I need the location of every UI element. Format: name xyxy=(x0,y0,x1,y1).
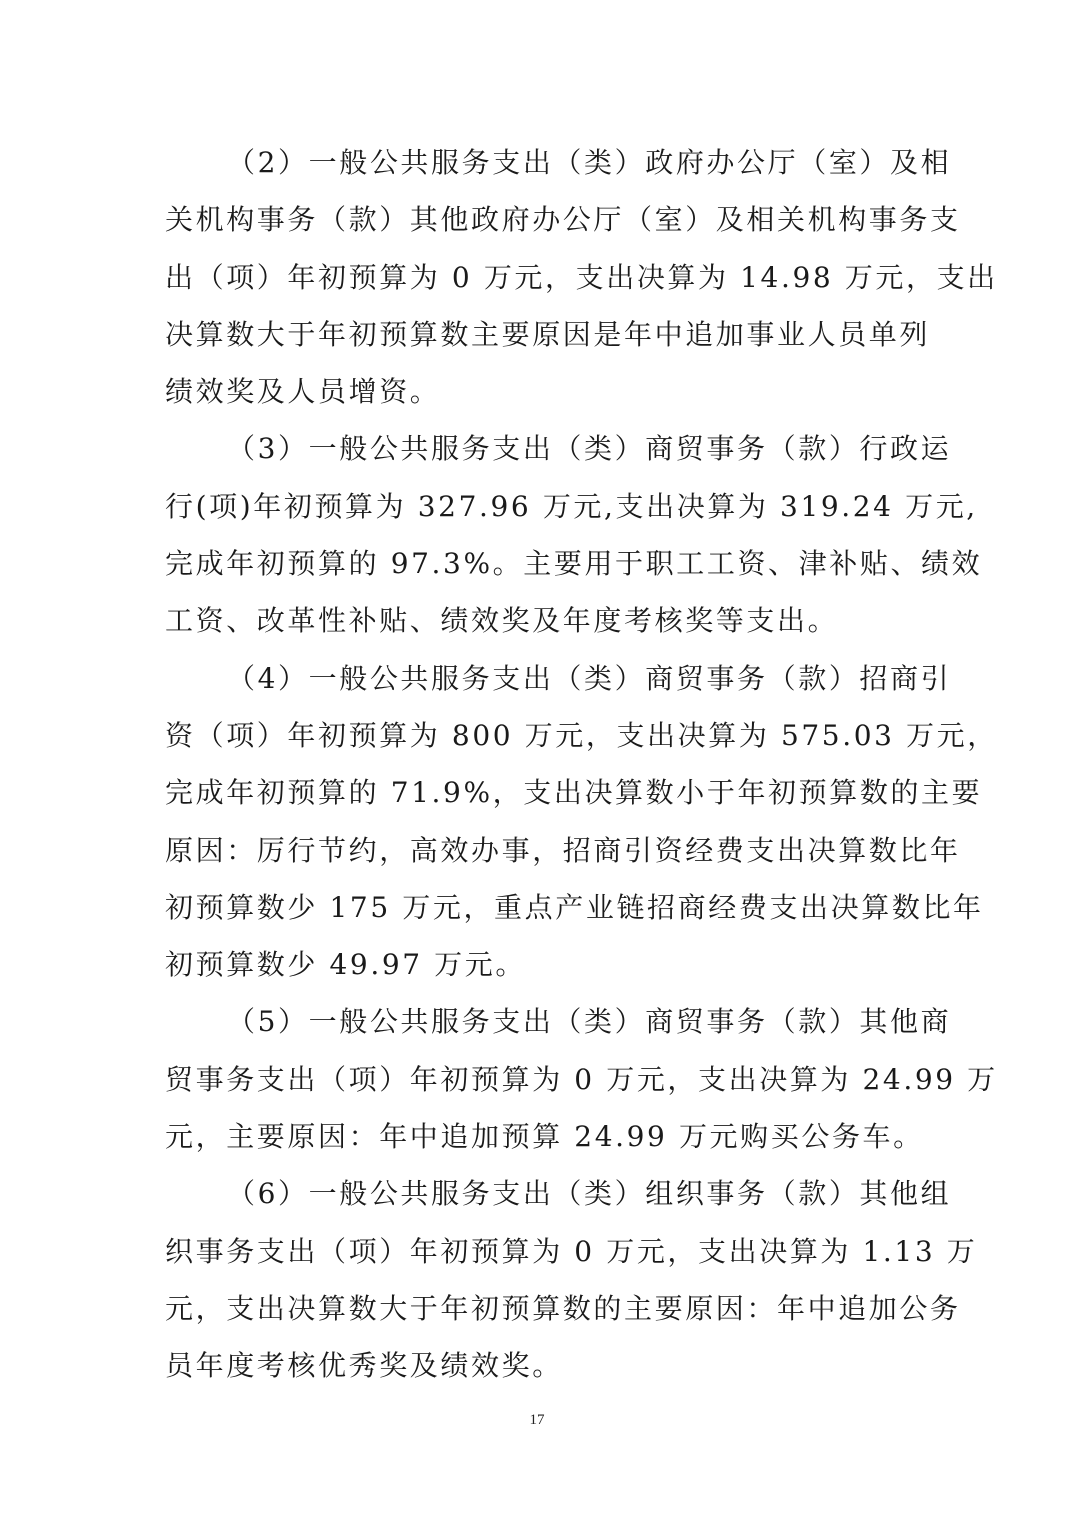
text-line: 员年度考核优秀奖及绩效奖。 xyxy=(165,1337,913,1394)
paragraph-item-6: （6）一般公共服务支出（类）组织事务（款）其他组 织事务支出（项）年初预算为 0… xyxy=(165,1165,913,1394)
paragraph-item-2: （2）一般公共服务支出（类）政府办公厅（室）及相 关机构事务（款）其他政府办公厅… xyxy=(165,134,913,420)
text-line: （5）一般公共服务支出（类）商贸事务（款）其他商 xyxy=(165,993,913,1050)
text-line: 织事务支出（项）年初预算为 0 万元，支出决算为 1.13 万 xyxy=(165,1223,913,1280)
text-line: （4）一般公共服务支出（类）商贸事务（款）招商引 xyxy=(165,650,913,707)
text-line: 工资、改革性补贴、绩效奖及年度考核奖等支出。 xyxy=(165,592,913,649)
text-line: 元，主要原因：年中追加预算 24.99 万元购买公务车。 xyxy=(165,1108,913,1165)
text-line: 贸事务支出（项）年初预算为 0 万元，支出决算为 24.99 万 xyxy=(165,1051,913,1108)
page-number: 17 xyxy=(0,1412,1074,1429)
text-line: 绩效奖及人员增资。 xyxy=(165,363,913,420)
text-line: 决算数大于年初预算数主要原因是年中追加事业人员单列 xyxy=(165,306,913,363)
text-line: （3）一般公共服务支出（类）商贸事务（款）行政运 xyxy=(165,420,913,477)
paragraph-item-4: （4）一般公共服务支出（类）商贸事务（款）招商引 资（项）年初预算为 800 万… xyxy=(165,650,913,994)
text-line: 关机构事务（款）其他政府办公厅（室）及相关机构事务支 xyxy=(165,191,913,248)
text-line: 资（项）年初预算为 800 万元，支出决算为 575.03 万元， xyxy=(165,707,913,764)
text-line: （6）一般公共服务支出（类）组织事务（款）其他组 xyxy=(165,1165,913,1222)
text-line: 行(项)年初预算为 327.96 万元,支出决算为 319.24 万元, xyxy=(165,478,913,535)
text-line: 出（项）年初预算为 0 万元，支出决算为 14.98 万元，支出 xyxy=(165,249,913,306)
paragraph-item-5: （5）一般公共服务支出（类）商贸事务（款）其他商 贸事务支出（项）年初预算为 0… xyxy=(165,993,913,1165)
document-page: （2）一般公共服务支出（类）政府办公厅（室）及相 关机构事务（款）其他政府办公厅… xyxy=(0,0,1074,1520)
body-text: （2）一般公共服务支出（类）政府办公厅（室）及相 关机构事务（款）其他政府办公厅… xyxy=(165,134,913,1395)
text-line: 元，支出决算数大于年初预算数的主要原因：年中追加公务 xyxy=(165,1280,913,1337)
text-line: 初预算数少 49.97 万元。 xyxy=(165,936,913,993)
text-line: 完成年初预算的 97.3%。主要用于职工工资、津补贴、绩效 xyxy=(165,535,913,592)
text-line: （2）一般公共服务支出（类）政府办公厅（室）及相 xyxy=(165,134,913,191)
paragraph-item-3: （3）一般公共服务支出（类）商贸事务（款）行政运 行(项)年初预算为 327.9… xyxy=(165,420,913,649)
text-line: 完成年初预算的 71.9%，支出决算数小于年初预算数的主要 xyxy=(165,764,913,821)
text-line: 原因：厉行节约，高效办事，招商引资经费支出决算数比年 xyxy=(165,822,913,879)
text-line: 初预算数少 175 万元，重点产业链招商经费支出决算数比年 xyxy=(165,879,913,936)
